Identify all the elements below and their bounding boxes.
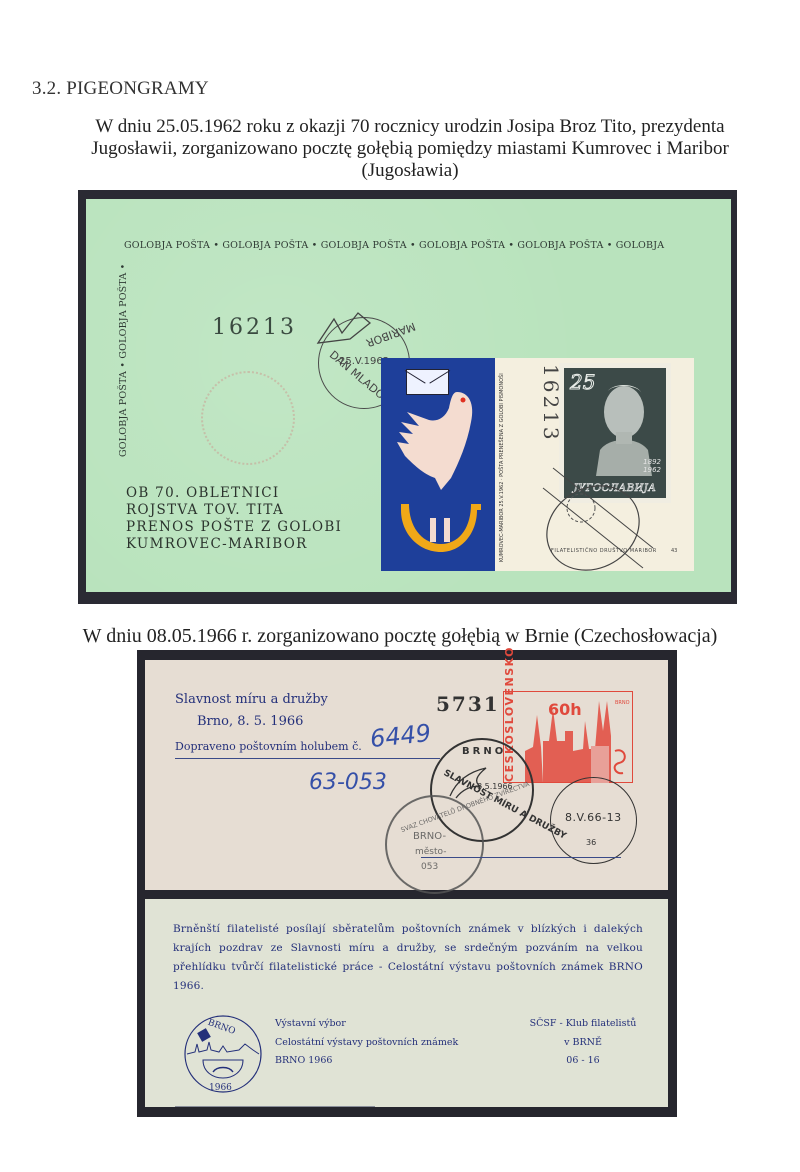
tito-stamp: 25 1892 1962 JУГОСЛАВИЈА: [559, 363, 671, 503]
ring-number: 63-053: [309, 770, 387, 795]
club-line: v BRNĚ: [513, 1034, 653, 1053]
committee-line: Výstavní výbor: [275, 1015, 458, 1034]
exhibition-committee: Výstavní výbor Celostátní výstavy poštov…: [275, 1015, 458, 1071]
border-text-side: GOLOBJA POŠTA • GOLOBJA POŠTA •: [118, 264, 129, 458]
inscription-line: KUMROVEC-MARIBOR: [126, 536, 342, 553]
philatelist-club: SČSF - Klub filatelistů v BRNĚ 06 - 16: [513, 1015, 653, 1071]
divider: [175, 1106, 375, 1107]
brno-card-back: Brněnští filatelisté posílají sběratelům…: [145, 899, 668, 1107]
society-name: FILATELISTIČNO DRUŠTVO MARIBOR: [551, 548, 657, 554]
inscription-line: PRENOS POŠTE Z GOLOBI: [126, 519, 342, 536]
carried-by-label: Dopraveno poštovním holubem č.: [175, 740, 362, 753]
stamp-years: 1892 1962: [643, 458, 661, 474]
dove-cancel-icon: [314, 309, 374, 349]
caption-line: W dniu 25.05.1962 roku z okazji 70 roczn…: [40, 116, 780, 138]
club-line: město-: [415, 847, 446, 857]
post-horn-icon: [397, 498, 483, 556]
place-date: Brno, 8. 5. 1966: [197, 714, 303, 729]
inscription-line: OB 70. OBLETNICI: [126, 485, 342, 502]
signature-line: [421, 857, 621, 858]
caption-line: (Jugosławia): [40, 160, 780, 182]
club-line: 06 - 16: [513, 1052, 653, 1071]
stamp-year: 1962: [643, 466, 661, 474]
section-title: 3.2. PIGEONGRAMY: [32, 78, 209, 100]
postmark-date: 8.V.66-13: [565, 811, 622, 824]
souvenir-sheet: KUMROVEC-MARIBOR 25.V.1962 · POŠTA PRENE…: [381, 358, 694, 571]
club-line: 053: [421, 862, 438, 872]
underline: [175, 758, 440, 759]
committee-line: Celostátní výstavy poštovních známek: [275, 1034, 458, 1053]
stamp-design: 25 1892 1962 JУГОСЛАВИЈА: [564, 368, 666, 498]
cancel-top: BRNO: [462, 746, 506, 757]
pigeon-post-emblem: [381, 358, 495, 571]
stamp-country: JУГОСЛАВИЈА: [567, 483, 663, 494]
event-title: Slavnost míru a družby: [175, 692, 328, 707]
club-line: SČSF - Klub filatelistů: [513, 1015, 653, 1034]
border-text-top: GOLOBJA POŠTA • GOLOBJA POŠTA • GOLOBJA …: [124, 240, 664, 251]
caption-yugoslavia: W dniu 25.05.1962 roku z okazji 70 roczn…: [40, 116, 780, 182]
postmark-number: 36: [586, 838, 596, 847]
brno-card-front: Slavnost míru a družby Brno, 8. 5. 1966 …: [145, 660, 668, 890]
club-line: BRNO-: [413, 831, 446, 842]
faint-red-cancel: [201, 371, 295, 465]
caption-line: Jugosławii, zorganizowano pocztę gołębią…: [40, 138, 780, 160]
inscription-line: ROJSTVA TOV. TITA: [126, 502, 342, 519]
dated-postmark: 8.V.66-13 36: [550, 777, 637, 864]
serial-number: 5731: [436, 692, 500, 716]
breeders-club-cancel: SVAZ CHOVATELŮ DROBNÉHO ZVÍŘECTVA BRNO- …: [385, 795, 484, 894]
souvenir-vertical-text: KUMROVEC-MARIBOR 25.V.1962 · POŠTA PRENE…: [499, 373, 505, 562]
yugoslav-pigeongram-card: GOLOBJA POŠTA • GOLOBJA POŠTA • GOLOBJA …: [86, 199, 731, 592]
committee-line: BRNO 1966: [275, 1052, 458, 1071]
greeting-message: Brněnští filatelisté posílají sběratelům…: [173, 920, 643, 996]
yugoslav-pigeongram-frame: GOLOBJA POŠTA • GOLOBJA POŠTA • GOLOBJA …: [78, 190, 737, 604]
dove-icon: [395, 382, 485, 492]
svg-text:BRNO: BRNO: [206, 1018, 236, 1037]
envelope-icon: [406, 369, 449, 395]
brno-exhibition-logo: BRNO 1966: [183, 1014, 263, 1094]
brno-pigeongram-frame: Slavnost míru a družby Brno, 8. 5. 1966 …: [137, 650, 677, 1117]
stamp-city: BRNO: [615, 700, 630, 706]
svg-text:1966: 1966: [209, 1083, 232, 1093]
serial-number: 16213: [212, 315, 297, 340]
sheet-number: 43: [671, 548, 677, 554]
pigeon-number: 6449: [369, 719, 433, 753]
inscription: OB 70. OBLETNICI ROJSTVA TOV. TITA PRENO…: [126, 485, 342, 553]
stamp-value: 60h: [548, 700, 582, 719]
caption-brno: W dniu 08.05.1966 r. zorganizowano poczt…: [20, 625, 780, 648]
stamp-year: 1892: [643, 458, 661, 466]
